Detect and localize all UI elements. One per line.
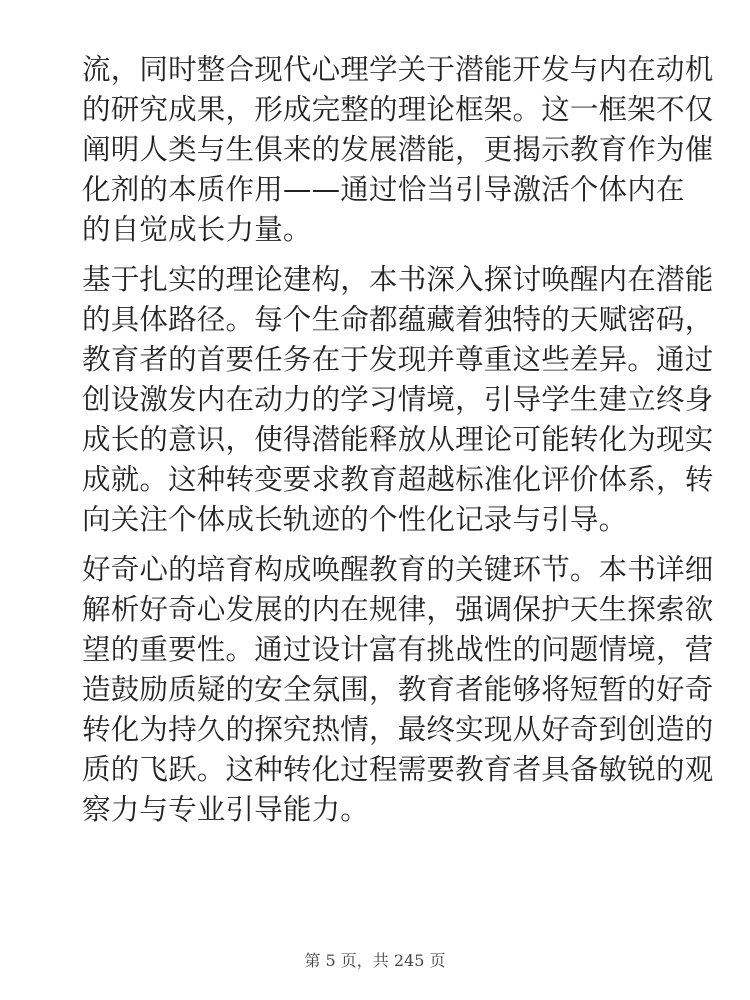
- text-line: 教育者的首要任务在于发现并尊重这些差异。通过: [82, 340, 702, 380]
- paragraph-3: 好奇心的培育构成唤醒教育的关键环节。本书详细 解析好奇心发展的内在规律，强调保护…: [82, 550, 702, 830]
- document-body: 流，同时整合现代心理学关于潜能开发与内在动机 的研究成果，形成完整的理论框架。这…: [82, 50, 702, 840]
- text-line: 望的重要性。通过设计富有挑战性的问题情境，营: [82, 630, 702, 670]
- text-line: 创设激发内在动力的学习情境，引导学生建立终身: [82, 380, 702, 420]
- text-line: 化剂的本质作用——通过恰当引导激活个体内在: [82, 170, 702, 210]
- text-line: 的研究成果，形成完整的理论框架。这一框架不仅: [82, 90, 702, 130]
- text-line: 造鼓励质疑的安全氛围，教育者能够将短暂的好奇: [82, 670, 702, 710]
- text-line: 察力与专业引导能力。: [82, 790, 702, 830]
- text-line: 解析好奇心发展的内在规律，强调保护天生探索欲: [82, 590, 702, 630]
- text-line: 转化为持久的探究热情，最终实现从好奇到创造的: [82, 710, 702, 750]
- text-line: 流，同时整合现代心理学关于潜能开发与内在动机: [82, 50, 702, 90]
- text-line: 向关注个体成长轨迹的个性化记录与引导。: [82, 500, 702, 540]
- paragraph-1: 流，同时整合现代心理学关于潜能开发与内在动机 的研究成果，形成完整的理论框架。这…: [82, 50, 702, 250]
- text-line: 质的飞跃。这种转化过程需要教育者具备敏锐的观: [82, 750, 702, 790]
- paragraph-2: 基于扎实的理论建构，本书深入探讨唤醒内在潜能 的具体路径。每个生命都蕴藏着独特的…: [82, 260, 702, 540]
- page-number-footer: 第 5 页，共 245 页: [0, 948, 750, 971]
- text-line: 成长的意识，使得潜能释放从理论可能转化为现实: [82, 420, 702, 460]
- text-line: 的具体路径。每个生命都蕴藏着独特的天赋密码，: [82, 300, 702, 340]
- text-line: 基于扎实的理论建构，本书深入探讨唤醒内在潜能: [82, 260, 702, 300]
- text-line: 成就。这种转变要求教育超越标准化评价体系，转: [82, 460, 702, 500]
- text-line: 好奇心的培育构成唤醒教育的关键环节。本书详细: [82, 550, 702, 590]
- text-line: 的自觉成长力量。: [82, 210, 702, 250]
- text-line: 阐明人类与生俱来的发展潜能，更揭示教育作为催: [82, 130, 702, 170]
